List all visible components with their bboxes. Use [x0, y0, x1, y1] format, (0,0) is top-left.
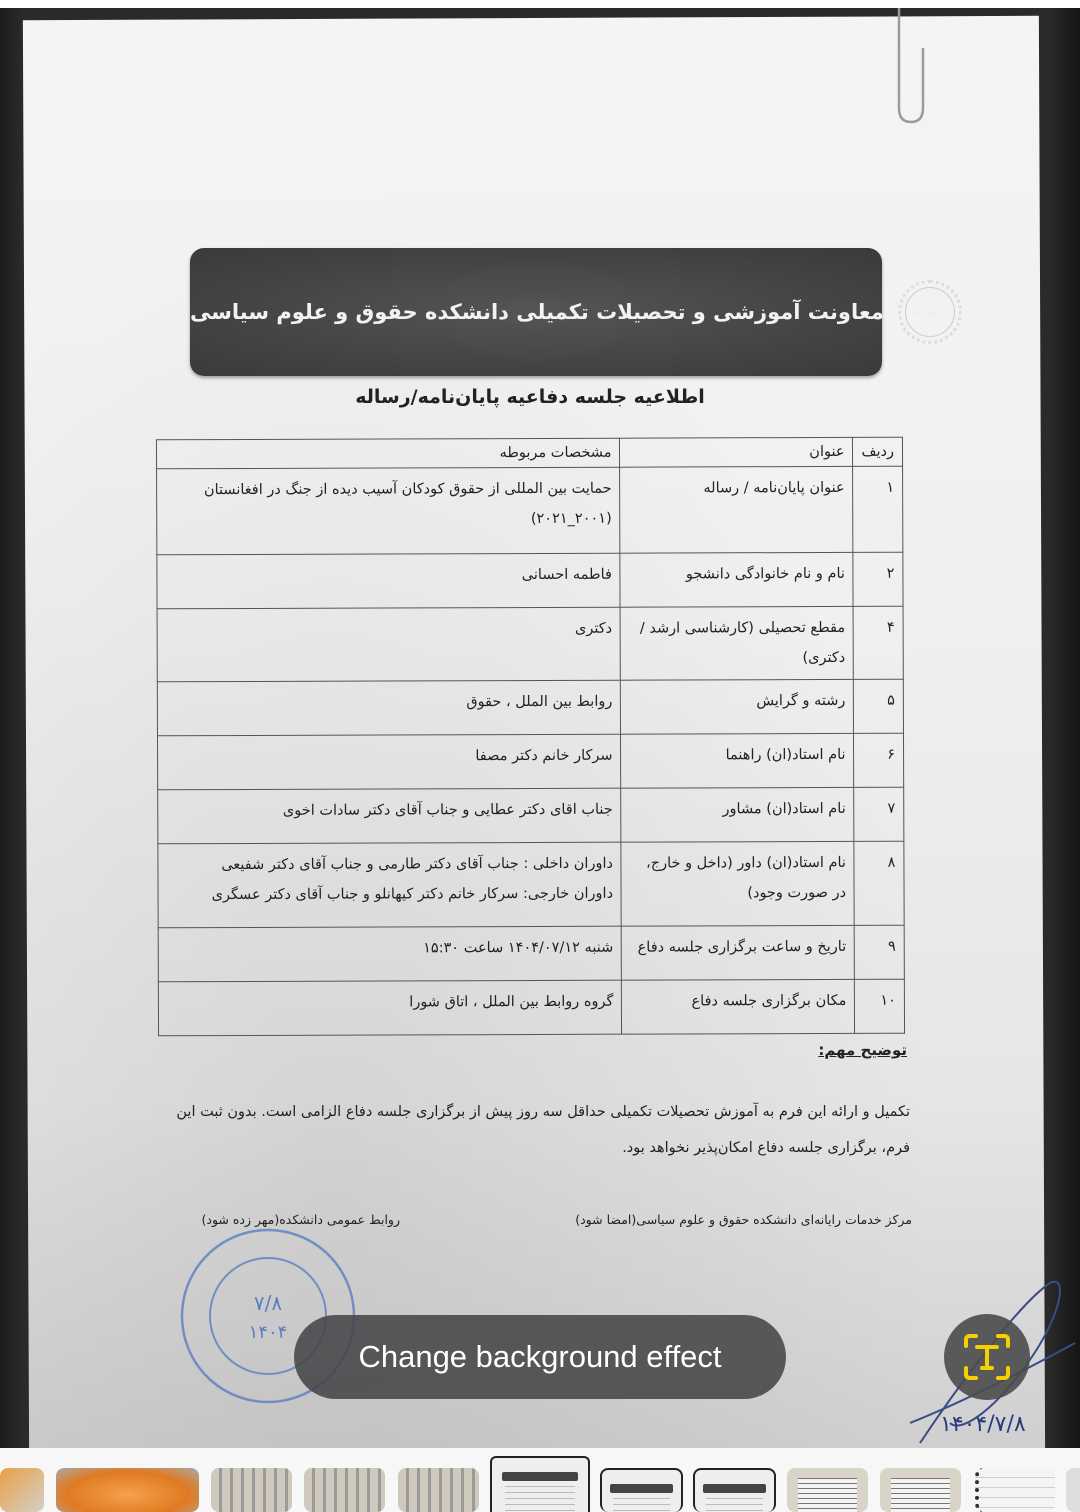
thumbnail-notebook[interactable] [975, 1468, 1055, 1512]
thumbnail-document[interactable] [1066, 1468, 1080, 1512]
thumb-lines [505, 1486, 574, 1512]
text-scan-icon [960, 1330, 1014, 1384]
table-row: ۱۰ مکان برگزاری جلسه دفاع گروه روابط بین… [158, 979, 904, 1036]
table-row: ۱ عنوان پایان‌نامه / رساله حمایت بین الم… [157, 466, 903, 555]
thumb-banner [610, 1484, 673, 1493]
row-title: مقطع تحصیلی (کارشناسی ارشد / دکتری) [621, 606, 854, 680]
row-details: دکتری [157, 607, 621, 682]
header-index: ردیف [853, 437, 903, 466]
thumbnail-photo[interactable] [398, 1468, 479, 1512]
internal-referees: داوران داخلی : جناب آقای دکتر طارمی و جن… [166, 849, 613, 881]
svg-text:۷/۸: ۷/۸ [254, 1291, 282, 1315]
header-banner: دانشگاه معاونت آموزشی و تحصیلات تکمیلی د… [190, 248, 882, 376]
university-logo-icon: دانشگاه [898, 280, 962, 344]
row-index: ۶ [854, 733, 904, 787]
row-index: ۵ [854, 679, 904, 733]
table-row: ۹ تاریخ و ساعت برگزاری جلسه دفاع شنبه ۱۴… [158, 925, 904, 982]
thumbnail-filmstrip[interactable] [0, 1448, 1080, 1512]
thumbnail-photo[interactable] [0, 1468, 44, 1512]
row-title: نام و نام خانوادگی دانشجو [620, 552, 853, 607]
note-heading: توضیح مهم: [780, 1041, 907, 1059]
row-details: حمایت بین المللی از حقوق کودکان آسیب دید… [157, 467, 621, 555]
thumbnail-document[interactable] [693, 1468, 776, 1512]
external-referees: داوران خارجی: سرکار خانم دکتر کیهانلو و … [166, 879, 613, 911]
row-details: شنبه ۱۴۰۴/۰۷/۱۲ ساعت ۱۵:۳۰ [158, 926, 622, 982]
defense-info-table: ردیف عنوان مشخصات مربوطه ۱ عنوان پایان‌ن… [156, 437, 905, 1037]
thumbnail-document[interactable] [787, 1468, 868, 1512]
banner-title: معاونت آموزشی و تحصیلات تکمیلی دانشکده ح… [190, 300, 884, 324]
table-header-row: ردیف عنوان مشخصات مربوطه [156, 437, 902, 469]
row-index: ۹ [855, 925, 905, 979]
svg-text:۱۴۰۴: ۱۴۰۴ [249, 1322, 288, 1343]
row-index: ۷ [854, 787, 904, 841]
table-row: ۷ نام استاد(ان) مشاور جناب اقای دکتر عطا… [158, 787, 904, 844]
table-row: ۴ مقطع تحصیلی (کارشناسی ارشد / دکتری) دک… [157, 606, 903, 682]
row-details: جناب اقای دکتر عطایی و جناب آقای دکتر سا… [158, 788, 622, 844]
thumbnail-photo[interactable] [304, 1468, 385, 1512]
text-extract-button[interactable] [944, 1314, 1030, 1400]
paperclip-icon [893, 8, 929, 130]
thumbnail-document[interactable] [880, 1468, 961, 1512]
header-title: عنوان [620, 437, 853, 467]
row-title: رشته و گرایش [621, 679, 854, 734]
row-title: عنوان پایان‌نامه / رساله [620, 466, 853, 553]
thumb-banner [502, 1472, 579, 1481]
thumbnail-photo[interactable] [56, 1468, 199, 1512]
svg-text:۱۴۰۴/۷/۸: ۱۴۰۴/۷/۸ [940, 1412, 1026, 1437]
note-body: تکمیل و ارائه این فرم به آموزش تحصیلات ت… [170, 1094, 910, 1166]
row-details: سرکار خانم دکتر مصفا [157, 734, 621, 790]
row-title: نام استاد(ان) داور (داخل و خارج، در صورت… [621, 841, 854, 926]
thumb-lines [706, 1498, 763, 1512]
thumb-lines [891, 1478, 949, 1512]
row-index: ۴ [854, 606, 904, 679]
row-index: ۱ [853, 466, 903, 552]
header-details: مشخصات مربوطه [156, 438, 620, 469]
row-title: نام استاد(ان) مشاور [621, 787, 854, 842]
photo-viewer: دانشگاه معاونت آموزشی و تحصیلات تکمیلی د… [0, 8, 1080, 1448]
row-title: نام استاد(ان) راهنما [621, 733, 854, 788]
thumbnail-document-selected[interactable] [490, 1456, 590, 1512]
row-details: گروه روابط بین الملل ، اتاق شورا [158, 980, 622, 1036]
thumb-lines [798, 1478, 856, 1512]
row-index: ۸ [854, 841, 904, 925]
row-index: ۲ [853, 552, 903, 606]
thumb-lines [613, 1498, 670, 1512]
thumb-banner [703, 1484, 766, 1493]
form-title: اطلاعیه جلسه دفاعیه پایان‌نامه/رساله [180, 386, 880, 408]
row-details: داوران داخلی : جناب آقای دکتر طارمی و جن… [158, 842, 622, 928]
table-row: ۲ نام و نام خانوادگی دانشجو فاطمه احسانی [157, 552, 903, 609]
row-title: مکان برگزاری جلسه دفاع [622, 979, 855, 1034]
row-details: فاطمه احسانی [157, 553, 621, 609]
thumbnail-document[interactable] [600, 1468, 683, 1512]
row-details: روابط بین الملل ، حقوق [157, 680, 621, 736]
table-row: ۶ نام استاد(ان) راهنما سرکار خانم دکتر م… [157, 733, 903, 790]
thumbnail-photo[interactable] [211, 1468, 292, 1512]
table-row: ۵ رشته و گرایش روابط بین الملل ، حقوق [157, 679, 903, 736]
computer-center-label: مرکز خدمات رایانه‌ای دانشکده حقوق و علوم… [540, 1212, 912, 1227]
row-title: تاریخ و ساعت برگزاری جلسه دفاع [622, 925, 855, 980]
logo-label: دانشگاه [905, 287, 955, 337]
row-index: ۱۰ [855, 979, 905, 1033]
table-row: ۸ نام استاد(ان) داور (داخل و خارج، در صو… [158, 841, 904, 928]
change-background-effect-toast[interactable]: Change background effect [294, 1315, 786, 1399]
